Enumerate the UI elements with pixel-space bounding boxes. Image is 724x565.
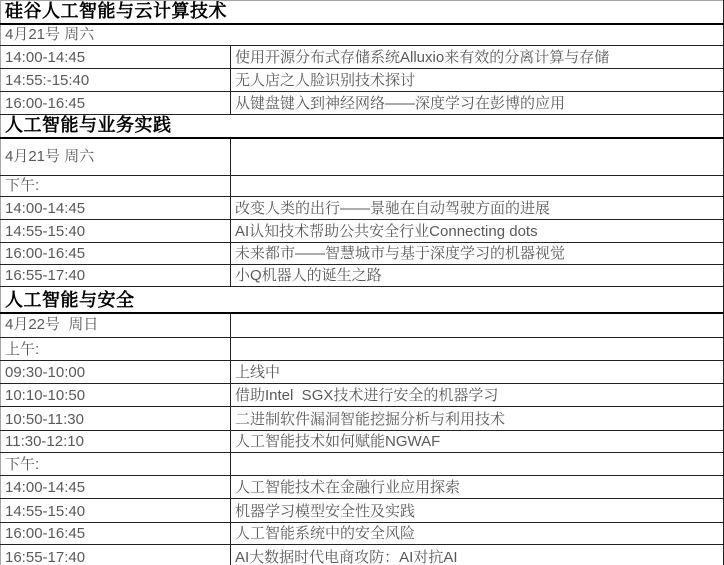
topic-cell: 使用开源分布式存储系统Alluxio来有效的分离计算与存储 xyxy=(231,46,724,69)
time-cell: 16:00-16:45 xyxy=(1,92,231,115)
table-row: 14:55-15:40机器学习模型安全性及实践 xyxy=(1,499,724,523)
time-cell: 14:00-14:45 xyxy=(1,46,231,69)
topic-cell: 小Q机器人的诞生之路 xyxy=(231,265,724,287)
table-row: 4月22号 周日 xyxy=(1,313,724,338)
topic-cell: 二进制软件漏洞智能挖掘分析与利用技术 xyxy=(231,407,724,431)
time-cell: 10:50-11:30 xyxy=(1,407,231,431)
table-row: 16:55-17:40小Q机器人的诞生之路 xyxy=(1,265,724,287)
time-cell: 4月21号 周六 xyxy=(1,138,231,176)
time-cell: 下午: xyxy=(1,176,231,197)
time-cell: 14:55:-15:40 xyxy=(1,69,231,92)
section-title: 硅谷人工智能与云计算技术 xyxy=(1,1,724,24)
topic-cell xyxy=(231,176,724,197)
section-header-row: 人工智能与安全 xyxy=(1,287,724,313)
topic-cell: AI大数据时代电商攻防：AI对抗AI xyxy=(231,545,724,565)
section-header-row: 硅谷人工智能与云计算技术 xyxy=(1,1,724,24)
table-row: 16:00-16:45人工智能系统中的安全风险 xyxy=(1,523,724,545)
time-cell: 16:55-17:40 xyxy=(1,265,231,287)
table-row: 4月21号 周六 xyxy=(1,24,724,46)
time-cell: 16:00-16:45 xyxy=(1,523,231,545)
table-row: 14:00-14:45人工智能技术在金融行业应用探索 xyxy=(1,476,724,499)
table-row: 14:00-14:45改变人类的出行——景驰在自动驾驶方面的进展 xyxy=(1,197,724,220)
schedule-sheet: 硅谷人工智能与云计算技术4月21号 周六14:00-14:45使用开源分布式存储… xyxy=(0,0,724,565)
table-row: 下午: xyxy=(1,176,724,197)
topic-cell: 未来都市——智慧城市与基于深度学习的机器视觉 xyxy=(231,243,724,265)
table-row: 10:10-10:50借助Intel SGX技术进行安全的机器学习 xyxy=(1,384,724,407)
table-row: 上午: xyxy=(1,338,724,361)
topic-cell: AI认知技术帮助公共安全行业Connecting dots xyxy=(231,220,724,243)
table-row: 4月21号 周六 xyxy=(1,138,724,176)
topic-cell: 从键盘键入到神经网络——深度学习在彭博的应用 xyxy=(231,92,724,115)
time-cell: 上午: xyxy=(1,338,231,361)
table-row: 11:30-12:10人工智能技术如何赋能NGWAF xyxy=(1,431,724,453)
table-row: 14:55:-15:40无人店之人脸识别技术探讨 xyxy=(1,69,724,92)
topic-cell: 人工智能技术在金融行业应用探索 xyxy=(231,476,724,499)
time-cell: 10:10-10:50 xyxy=(1,384,231,407)
time-cell: 16:00-16:45 xyxy=(1,243,231,265)
topic-cell: 人工智能技术如何赋能NGWAF xyxy=(231,431,724,453)
time-cell: 下午: xyxy=(1,453,231,476)
topic-cell xyxy=(231,313,724,338)
topic-cell: 人工智能系统中的安全风险 xyxy=(231,523,724,545)
topic-cell: 借助Intel SGX技术进行安全的机器学习 xyxy=(231,384,724,407)
table-row: 16:00-16:45从键盘键入到神经网络——深度学习在彭博的应用 xyxy=(1,92,724,115)
table-row: 16:00-16:45未来都市——智慧城市与基于深度学习的机器视觉 xyxy=(1,243,724,265)
date-cell: 4月21号 周六 xyxy=(1,24,724,46)
topic-cell xyxy=(231,453,724,476)
section-title: 人工智能与安全 xyxy=(1,287,724,313)
time-cell: 09:30-10:00 xyxy=(1,361,231,384)
topic-cell: 上线中 xyxy=(231,361,724,384)
time-cell: 16:55-17:40 xyxy=(1,545,231,565)
section-header-row: 人工智能与业务实践 xyxy=(1,115,724,138)
topic-cell: 无人店之人脸识别技术探讨 xyxy=(231,69,724,92)
table-row: 14:55-15:40AI认知技术帮助公共安全行业Connecting dots xyxy=(1,220,724,243)
schedule-table: 硅谷人工智能与云计算技术4月21号 周六14:00-14:45使用开源分布式存储… xyxy=(0,0,724,565)
table-row: 下午: xyxy=(1,453,724,476)
schedule-table-body: 硅谷人工智能与云计算技术4月21号 周六14:00-14:45使用开源分布式存储… xyxy=(1,1,724,565)
table-row: 10:50-11:30二进制软件漏洞智能挖掘分析与利用技术 xyxy=(1,407,724,431)
topic-cell: 机器学习模型安全性及实践 xyxy=(231,499,724,523)
table-row: 16:55-17:40AI大数据时代电商攻防：AI对抗AI xyxy=(1,545,724,565)
table-row: 14:00-14:45使用开源分布式存储系统Alluxio来有效的分离计算与存储 xyxy=(1,46,724,69)
time-cell: 14:00-14:45 xyxy=(1,197,231,220)
time-cell: 4月22号 周日 xyxy=(1,313,231,338)
topic-cell xyxy=(231,338,724,361)
time-cell: 14:00-14:45 xyxy=(1,476,231,499)
time-cell: 11:30-12:10 xyxy=(1,431,231,453)
table-row: 09:30-10:00上线中 xyxy=(1,361,724,384)
topic-cell: 改变人类的出行——景驰在自动驾驶方面的进展 xyxy=(231,197,724,220)
topic-cell xyxy=(231,138,724,176)
time-cell: 14:55-15:40 xyxy=(1,220,231,243)
time-cell: 14:55-15:40 xyxy=(1,499,231,523)
section-title: 人工智能与业务实践 xyxy=(1,115,724,138)
